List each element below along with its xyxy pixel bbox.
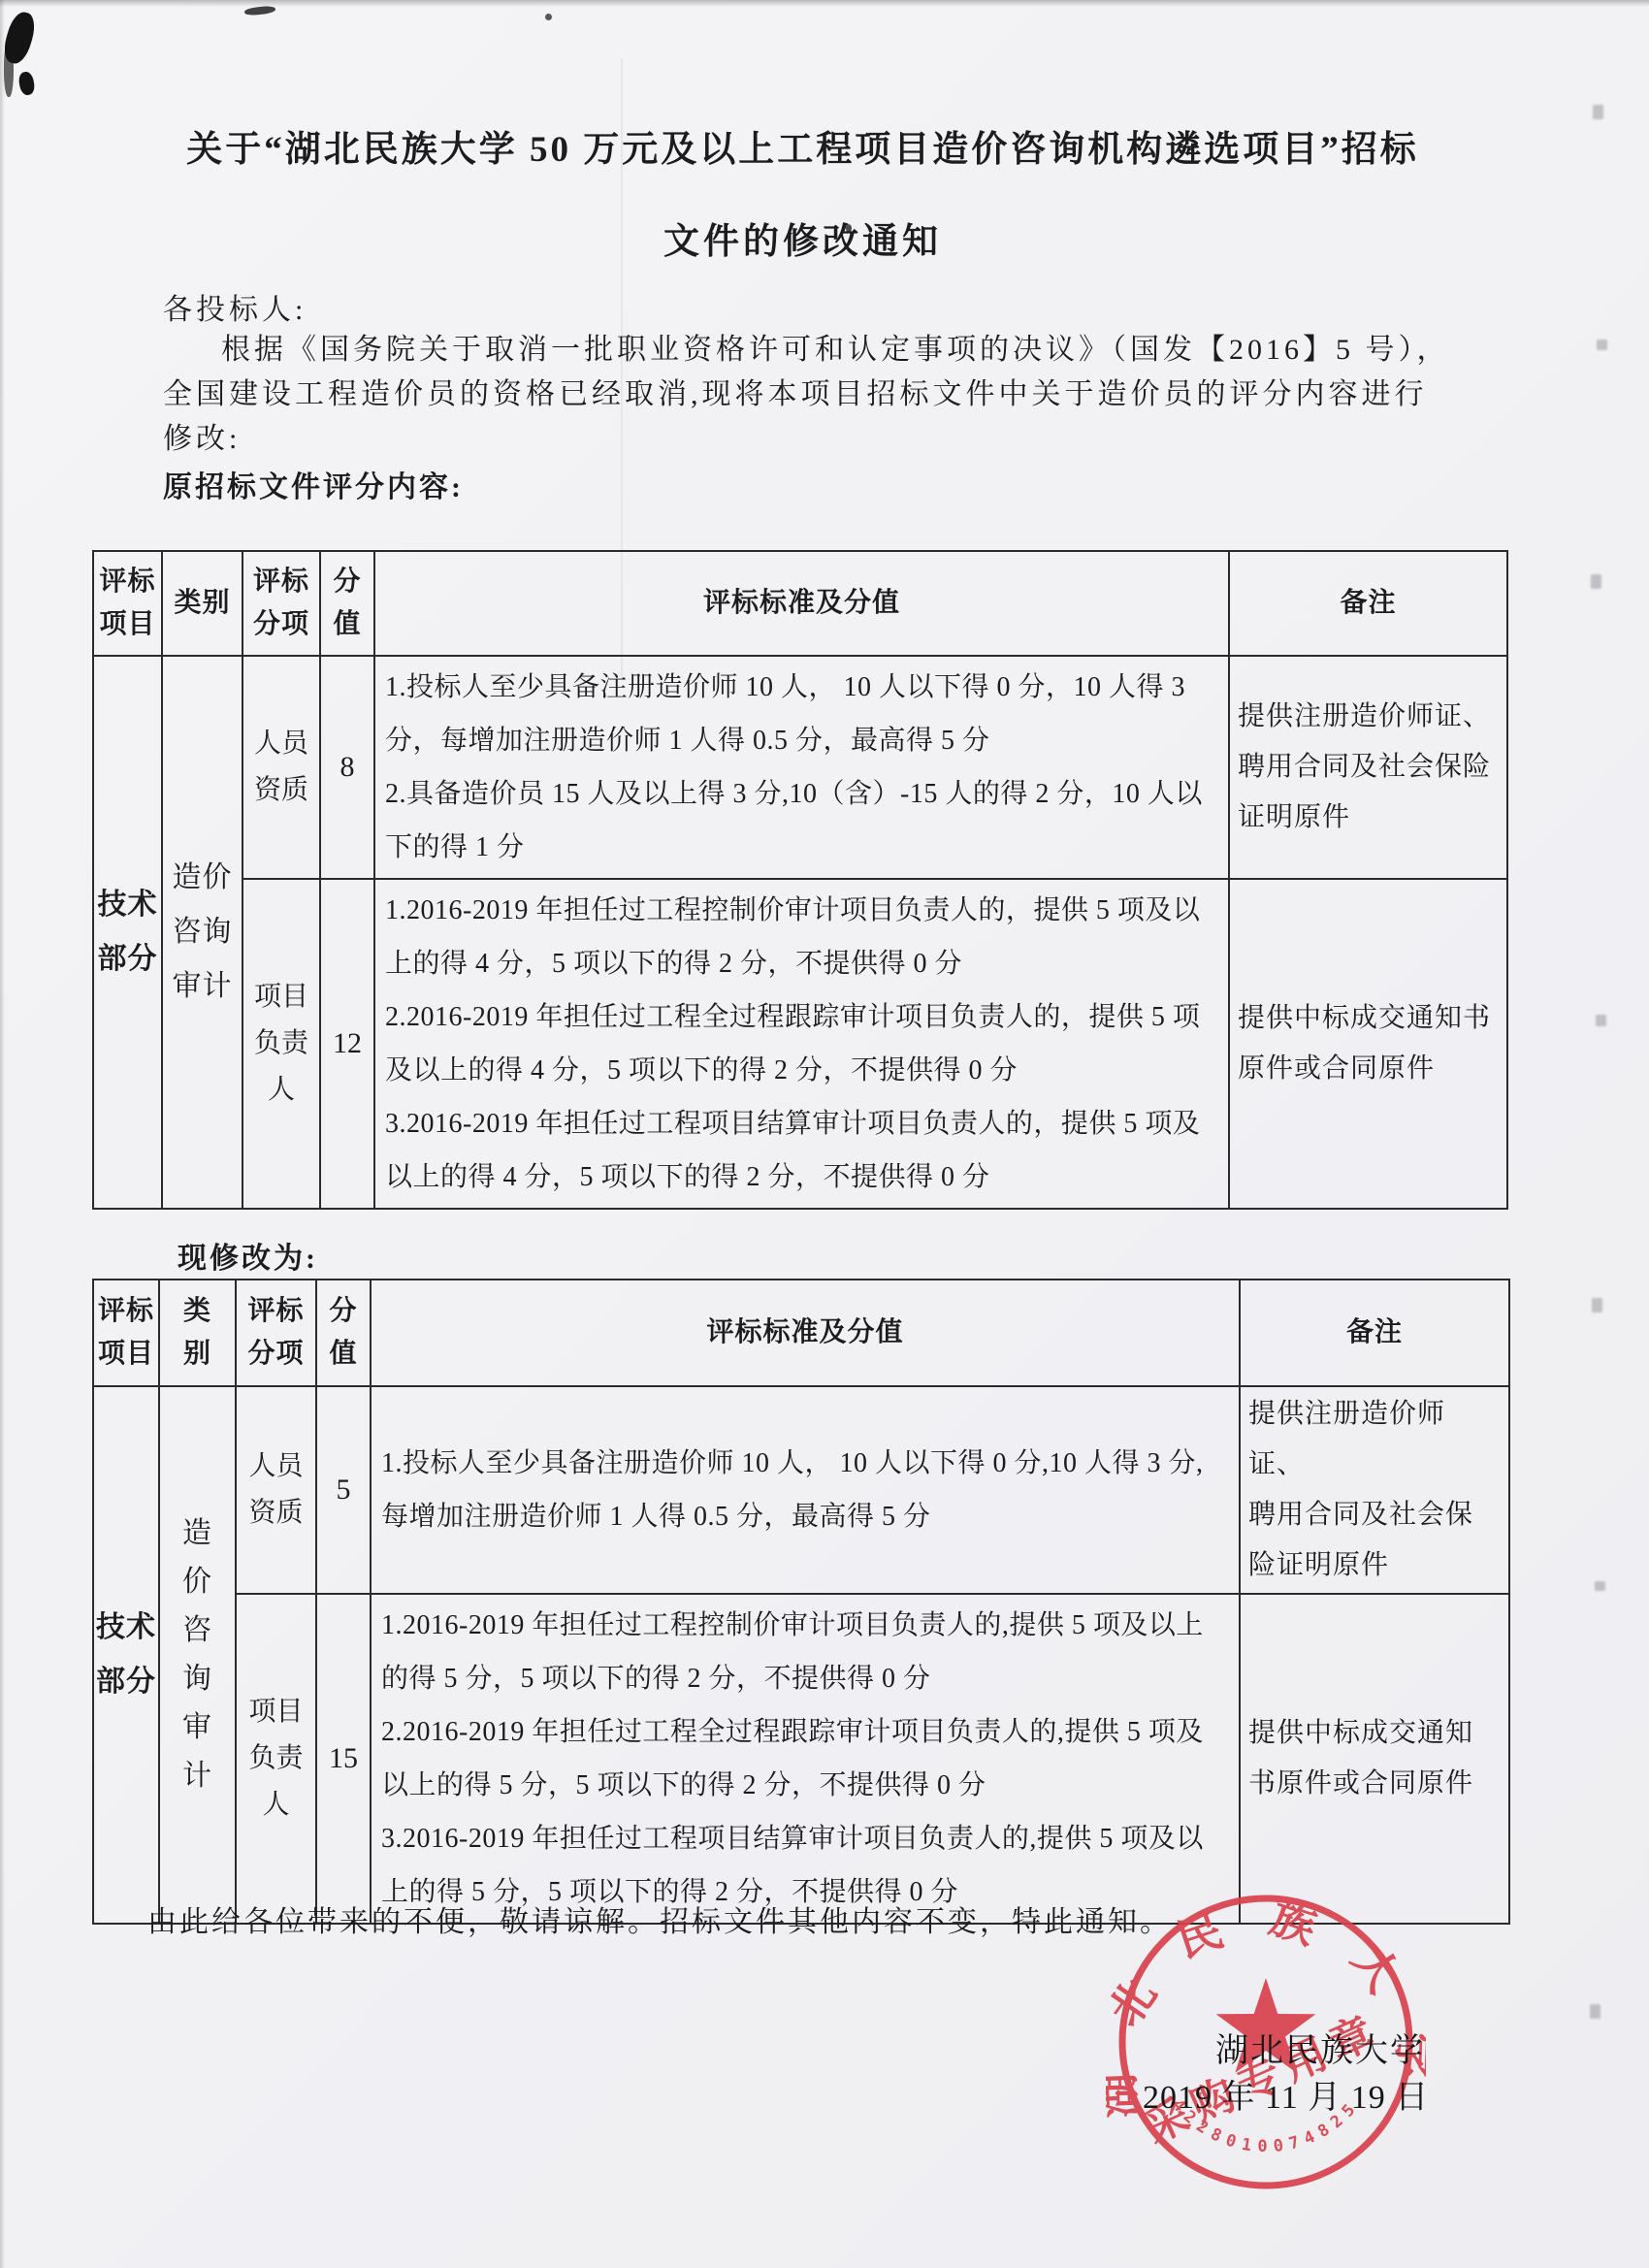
section-heading-revised: 现修改为: <box>178 1234 318 1277</box>
cell-note: 提供注册造价师证、 聘用合同及社会保险 证明原件 <box>1229 656 1507 879</box>
cell-subitem: 人员 资质 <box>242 656 320 879</box>
table-row: 项目 负责 人 15 1.2016-2019 年担任过工程控制价审计项目负责人的… <box>93 1594 1509 1924</box>
header-cell-category: 类别 <box>162 551 242 656</box>
scan-artifact <box>1597 340 1607 350</box>
table-header-row: 评标 项目 类 别 评标 分项 分 值 评标标准及分值 备注 <box>93 1280 1509 1386</box>
header-cell-criteria: 评标标准及分值 <box>371 1280 1240 1386</box>
cell-score: 15 <box>316 1594 371 1924</box>
body-paragraph: 根据《国务院关于取消一批职业资格许可和认定事项的决议》（国发【2016】5 号）… <box>163 328 1502 462</box>
scan-artifact <box>17 71 36 96</box>
header-cell-subitem: 评标 分项 <box>242 551 320 656</box>
header-cell-criteria: 评标标准及分值 <box>374 551 1229 656</box>
page-title-line1: 关于“湖北民族大学 50 万元及以上工程项目造价咨询机构遴选项目”招标 <box>92 126 1513 175</box>
cell-score: 5 <box>316 1386 371 1594</box>
scanned-notice-page: 关于“湖北民族大学 50 万元及以上工程项目造价咨询机构遴选项目”招标 文件的修… <box>0 0 1649 2268</box>
cell-score: 8 <box>320 656 374 879</box>
table-header-row: 评标 项目 类别 评标 分项 分 值 评标标准及分值 备注 <box>93 551 1507 656</box>
header-cell-score: 分 值 <box>320 551 374 656</box>
revised-scoring-table: 评标 项目 类 别 评标 分项 分 值 评标标准及分值 备注 技术 部分 造 价… <box>92 1279 1510 1925</box>
cell-criteria: 1.2016-2019 年担任过工程控制价审计项目负责人的,提供 5 项及以上 … <box>371 1594 1240 1924</box>
cell-category-group: 造价 咨询 审计 <box>162 656 242 1209</box>
cell-criteria: 1.投标人至少具备注册造价师 10 人， 10 人以下得 0 分，10 人得 3… <box>374 656 1229 879</box>
scan-artifact <box>1591 574 1601 589</box>
section-heading-original: 原招标文件评分内容: <box>163 463 464 505</box>
scan-artifact <box>1592 1298 1602 1312</box>
scan-artifact <box>1593 105 1603 119</box>
table-row: 技术 部分 造 价 咨 询 审 计 人员 资质 5 1.投标人至少具备注册造价师… <box>93 1386 1509 1594</box>
header-cell-score: 分 值 <box>316 1280 371 1386</box>
scan-artifact <box>4 41 14 97</box>
cell-item-group: 技术 部分 <box>93 1386 159 1924</box>
header-cell-category: 类 别 <box>159 1280 236 1386</box>
cell-criteria: 1.2016-2019 年担任过工程控制价审计项目负责人的，提供 5 项及以 上… <box>374 879 1229 1209</box>
header-cell-item: 评标 项目 <box>93 1280 159 1386</box>
closing-line: 由此给各位带来的不便，敬请谅解。招标文件其他内容不变，特此通知。 <box>147 1897 1172 1940</box>
scan-edge-shadow <box>0 0 5 2268</box>
signature-date: 2019 年 11 月 19 日 <box>1143 2070 1429 2118</box>
cell-score: 12 <box>320 879 374 1209</box>
original-scoring-table: 评标 项目 类别 评标 分项 分 值 评标标准及分值 备注 技术 部分 造价 咨… <box>92 550 1508 1210</box>
header-cell-subitem: 评标 分项 <box>236 1280 316 1386</box>
page-title-line2: 文件的修改通知 <box>92 211 1513 264</box>
page-title: 关于“湖北民族大学 50 万元及以上工程项目造价咨询机构遴选项目”招标 <box>92 126 1513 175</box>
salutation: 各投标人: <box>163 285 307 328</box>
cell-subitem: 项目 负责 人 <box>242 879 320 1209</box>
cell-subitem: 项目 负责 人 <box>236 1594 316 1924</box>
signature-organization: 湖北民族大学 <box>1215 2024 1425 2071</box>
scan-artifact <box>1590 2004 1600 2019</box>
cell-criteria: 1.投标人至少具备注册造价师 10 人， 10 人以下得 0 分,10 人得 3… <box>371 1386 1240 1594</box>
scan-artifact <box>545 14 552 20</box>
cell-category-group: 造 价 咨 询 审 计 <box>159 1386 236 1924</box>
scan-artifact <box>1596 1015 1606 1026</box>
scan-artifact <box>1595 1581 1605 1591</box>
header-cell-note: 备注 <box>1240 1280 1509 1386</box>
cell-note: 提供中标成交通知 书原件或合同原件 <box>1240 1594 1509 1924</box>
table-row: 技术 部分 造价 咨询 审计 人员 资质 8 1.投标人至少具备注册造价师 10… <box>93 656 1507 879</box>
scan-artifact <box>244 5 276 16</box>
cell-subitem: 人员 资质 <box>236 1386 316 1594</box>
header-cell-note: 备注 <box>1229 551 1507 656</box>
cell-note: 提供注册造价师证、 聘用合同及社会保 险证明原件 <box>1240 1386 1509 1594</box>
header-cell-item: 评标 项目 <box>93 551 162 656</box>
scan-edge-shadow <box>0 0 1649 7</box>
table-row: 项目 负责 人 12 1.2016-2019 年担任过工程控制价审计项目负责人的… <box>93 879 1507 1209</box>
cell-note: 提供中标成交通知书 原件或合同原件 <box>1229 879 1507 1209</box>
cell-item-group: 技术 部分 <box>93 656 162 1209</box>
